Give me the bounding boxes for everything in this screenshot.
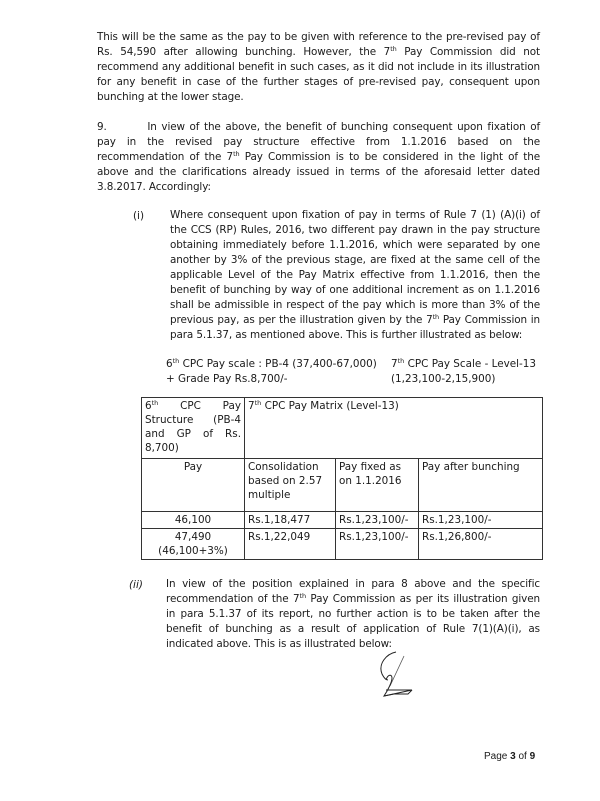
sixth-cpc-scale-line1: CPC Pay scale : PB-4 (37,400-67,000)	[183, 358, 377, 370]
header-seventh-cpc-text: CPC Pay Matrix (Level-13)	[261, 400, 399, 412]
table-row: 46,100 Rs.1,18,477 Rs.1,23,100/- Rs.1,23…	[142, 512, 543, 529]
header-sixth-cpc-text: CPC Pay Structure (PB-4 and GP of Rs. 8,…	[145, 400, 241, 454]
cell-pay: 47,490 (46,100+3%)	[142, 529, 245, 560]
col-pay: Pay	[142, 459, 245, 512]
col-pay-after-bunching: Pay after bunching	[419, 459, 543, 512]
sixth-cpc-scale: 6th CPC Pay scale : PB-4 (37,400-67,000)…	[166, 357, 391, 387]
item-i-label: (i)	[133, 210, 144, 222]
header-seventh-cpc: 7th​ CPC Pay Matrix (Level-13)	[245, 398, 543, 459]
table-row: 47,490 (46,100+3%) Rs.1,22,049 Rs.1,23,1…	[142, 529, 543, 560]
page-number: Page 3 of 9	[484, 751, 535, 762]
page-total: 9	[530, 751, 536, 762]
cell-pay-value: 47,490	[145, 530, 241, 544]
signature-icon	[372, 650, 422, 700]
seventh-cpc-scale: 7th CPC Pay Scale - Level-13 (1,23,100-2…	[391, 357, 541, 387]
item-i-text: Where consequent upon fixation of pay in…	[170, 208, 540, 343]
cell-pay-after-bunching: Rs.1,23,100/-	[419, 512, 543, 529]
cell-pay: 46,100	[142, 512, 245, 529]
cell-consolidation: Rs.1,22,049	[245, 529, 336, 560]
table-subheader-row: Pay Consolidation based on 2.57 multiple…	[142, 459, 543, 512]
table-header-row: 6th CPC Pay Structure (PB-4 and GP of Rs…	[142, 398, 543, 459]
seventh-cpc-scale-line2: (1,23,100-2,15,900)	[391, 372, 541, 387]
item-ii-label: (ii)	[129, 579, 143, 591]
cell-consolidation: Rs.1,18,477	[245, 512, 336, 529]
page-mid: of	[516, 751, 530, 762]
col-pay-fixed: Pay fixed as on 1.1.2016	[336, 459, 419, 512]
seventh-cpc-scale-line1: CPC Pay Scale - Level-13	[408, 358, 536, 370]
sixth-cpc-scale-line2: + Grade Pay Rs.8,700/-	[166, 372, 391, 387]
page-prefix: Page	[484, 751, 510, 762]
cell-pay-note: (46,100+3%)	[145, 544, 241, 558]
cell-pay-fixed: Rs.1,23,100/-	[336, 512, 419, 529]
item-ii-text: In view of the position explained in par…	[166, 577, 540, 652]
paragraph-9-number: 9.	[97, 121, 107, 133]
paragraph-9-text: In view of the above, the benefit of bun…	[97, 121, 540, 193]
pay-fixation-table: 6th CPC Pay Structure (PB-4 and GP of Rs…	[141, 397, 543, 560]
paragraph-9: 9. In view of the above, the benefit of …	[97, 120, 540, 195]
header-sixth-cpc: 6th CPC Pay Structure (PB-4 and GP of Rs…	[142, 398, 245, 459]
col-consolidation: Consolidation based on 2.57 multiple	[245, 459, 336, 512]
cell-pay-after-bunching: Rs.1,26,800/-	[419, 529, 543, 560]
intro-paragraph: This will be the same as the pay to be g…	[97, 30, 540, 105]
cell-pay-fixed: Rs.1,23,100/-	[336, 529, 419, 560]
